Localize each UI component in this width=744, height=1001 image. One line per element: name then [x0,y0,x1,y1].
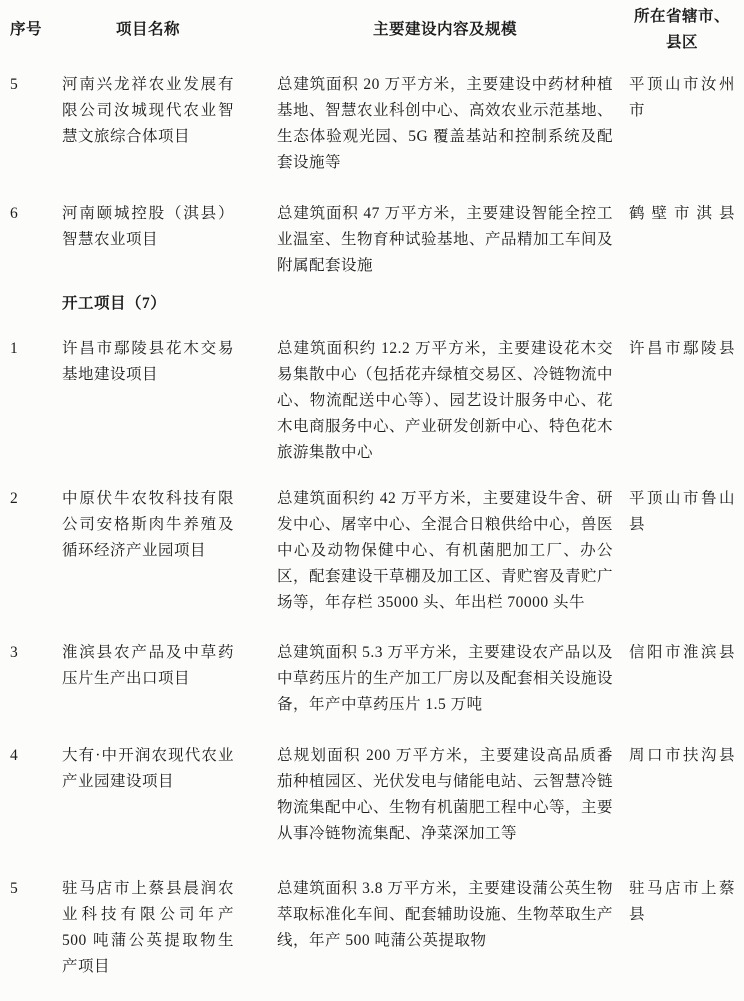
header-col-content: 主要建设内容及规模 [277,17,613,43]
section-header: 开工项目（7） [62,291,744,317]
project-name: 驻马店市上蔡县晨润农业科技有限公司年产 500 吨蒲公英提取物生产项目 [62,876,234,980]
project-name: 河南兴龙祥农业发展有限公司汝城现代农业智慧文旅综合体项目 [62,72,234,150]
table-row: 6 河南颐城控股（淇县）智慧农业项目 总建筑面积 47 万平方米，主要建设智能全… [8,201,744,279]
row-number: 1 [8,336,62,362]
project-content: 总规划面积 200 万平方米，主要建设高品质番茄种植园区、光伏发电与储能电站、云… [277,743,613,847]
table-row: 5 河南兴龙祥农业发展有限公司汝城现代农业智慧文旅综合体项目 总建筑面积 20 … [8,72,744,176]
project-name: 大有·中开润农现代农业产业园建设项目 [62,743,234,795]
project-content: 总建筑面积 3.8 万平方米，主要建设蒲公英生物萃取标准化车间、配套辅助设施、生… [277,876,613,954]
project-name: 河南颐城控股（淇县）智慧农业项目 [62,201,234,253]
row-number: 5 [8,876,62,902]
project-content: 总建筑面积 20 万平方米，主要建设中药材种植基地、智慧农业科创中心、高效农业示… [277,72,613,176]
row-number: 6 [8,201,62,227]
header-col-number: 序号 [8,17,62,43]
project-content: 总建筑面积 5.3 万平方米，主要建设农产品以及中草药压片的生产加工厂房以及配套… [277,640,613,718]
table-row: 3 淮滨县农产品及中草药压片生产出口项目 总建筑面积 5.3 万平方米，主要建设… [8,640,744,718]
table-row: 5 驻马店市上蔡县晨润农业科技有限公司年产 500 吨蒲公英提取物生产项目 总建… [8,876,744,980]
row-number: 3 [8,640,62,666]
project-location: 驻马店市上蔡县 [629,876,735,928]
header-col-project-name: 项目名称 [62,17,234,43]
document-page: 序号 项目名称 主要建设内容及规模 所在省辖市、县区 5 河南兴龙祥农业发展有限… [0,0,744,980]
project-name: 许昌市鄢陵县花木交易基地建设项目 [62,336,234,388]
project-content: 总建筑面积约 42 万平方米，主要建设牛舍、研发中心、屠宰中心、全混合日粮供给中… [277,486,613,616]
row-number: 5 [8,72,62,98]
project-name: 中原伏牛农牧科技有限公司安格斯肉牛养殖及循环经济产业园项目 [62,486,234,564]
project-location: 周口市扶沟县 [629,743,735,769]
project-location: 平顶山市汝州市 [629,72,735,124]
project-name: 淮滨县农产品及中草药压片生产出口项目 [62,640,234,692]
project-content: 总建筑面积 47 万平方米，主要建设智能全控工业温室、生物育种试验基地、产品精加… [277,201,613,279]
project-location: 鹤壁市淇县 [629,201,735,227]
table-header: 序号 项目名称 主要建设内容及规模 所在省辖市、县区 [8,4,744,56]
table-row: 4 大有·中开润农现代农业产业园建设项目 总规划面积 200 万平方米，主要建设… [8,743,744,847]
project-location: 许昌市鄢陵县 [629,336,735,362]
row-number: 4 [8,743,62,769]
project-location: 信阳市淮滨县 [629,640,735,666]
project-content: 总建筑面积约 12.2 万平方米，主要建设花木交易集散中心（包括花卉绿植交易区、… [277,336,613,466]
header-col-location: 所在省辖市、县区 [629,4,735,56]
table-row: 1 许昌市鄢陵县花木交易基地建设项目 总建筑面积约 12.2 万平方米，主要建设… [8,336,744,466]
project-location: 平顶山市鲁山县 [629,486,735,538]
table-row: 2 中原伏牛农牧科技有限公司安格斯肉牛养殖及循环经济产业园项目 总建筑面积约 4… [8,486,744,616]
row-number: 2 [8,486,62,512]
